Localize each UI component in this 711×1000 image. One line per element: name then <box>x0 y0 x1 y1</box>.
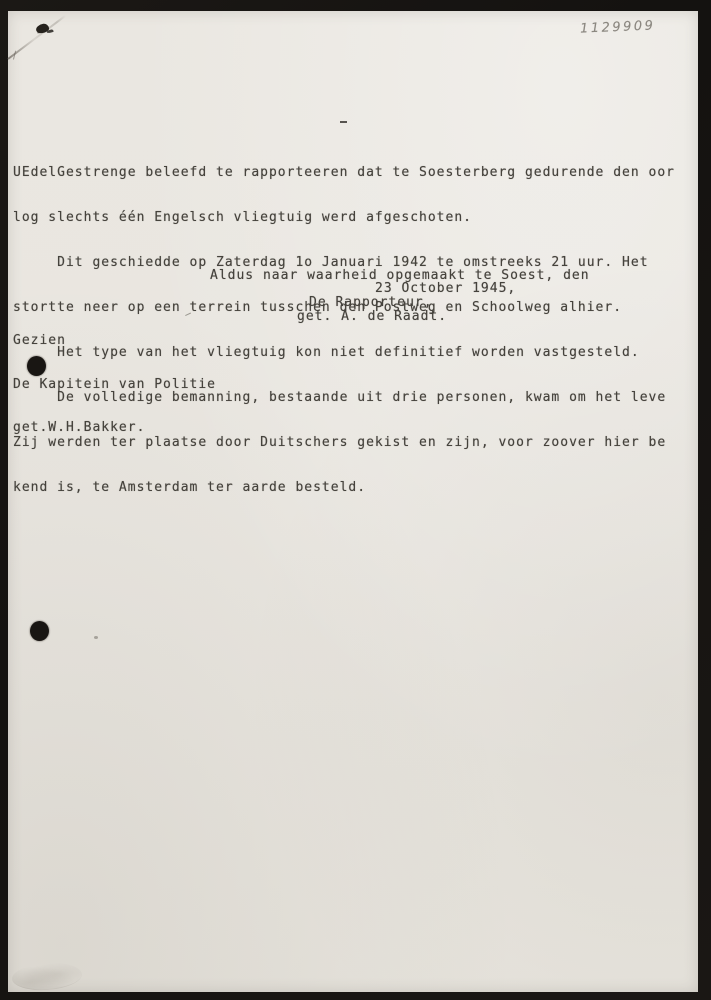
closing-signature: get. A. de Raadt. <box>297 310 447 324</box>
paragraph-line: log slechts één Engelsch vliegtuig werd … <box>13 210 675 225</box>
stray-dash-mark <box>340 121 347 123</box>
faint-dot-mark <box>94 636 98 639</box>
approval-block: Gezien De Kapitein van Politie get.W.H.B… <box>13 305 216 465</box>
closing-role: De Rapporteur, <box>309 296 433 310</box>
punch-hole-bottom <box>30 621 49 641</box>
paragraph-line: UEdelGestrenge beleefd te rapporteeren d… <box>13 165 675 180</box>
pencil-tick-mark <box>13 51 19 61</box>
archive-number: 1129909 <box>580 18 656 36</box>
approval-signature: get.W.H.Bakker. <box>13 421 216 436</box>
punch-hole-top <box>27 356 46 376</box>
ink-blot <box>35 23 49 34</box>
approval-role: De Kapitein van Politie <box>13 378 216 393</box>
bottom-smudge-mark <box>11 961 83 993</box>
closing-date: 23 October 1945, <box>375 282 516 296</box>
document-page: 1129909 UEdelGestrenge beleefd te rappor… <box>8 11 698 992</box>
approval-seen-label: Gezien <box>13 334 216 349</box>
scan-background: 1129909 UEdelGestrenge beleefd te rappor… <box>0 0 711 1000</box>
paragraph-line: kend is, te Amsterdam ter aarde besteld. <box>13 480 675 495</box>
